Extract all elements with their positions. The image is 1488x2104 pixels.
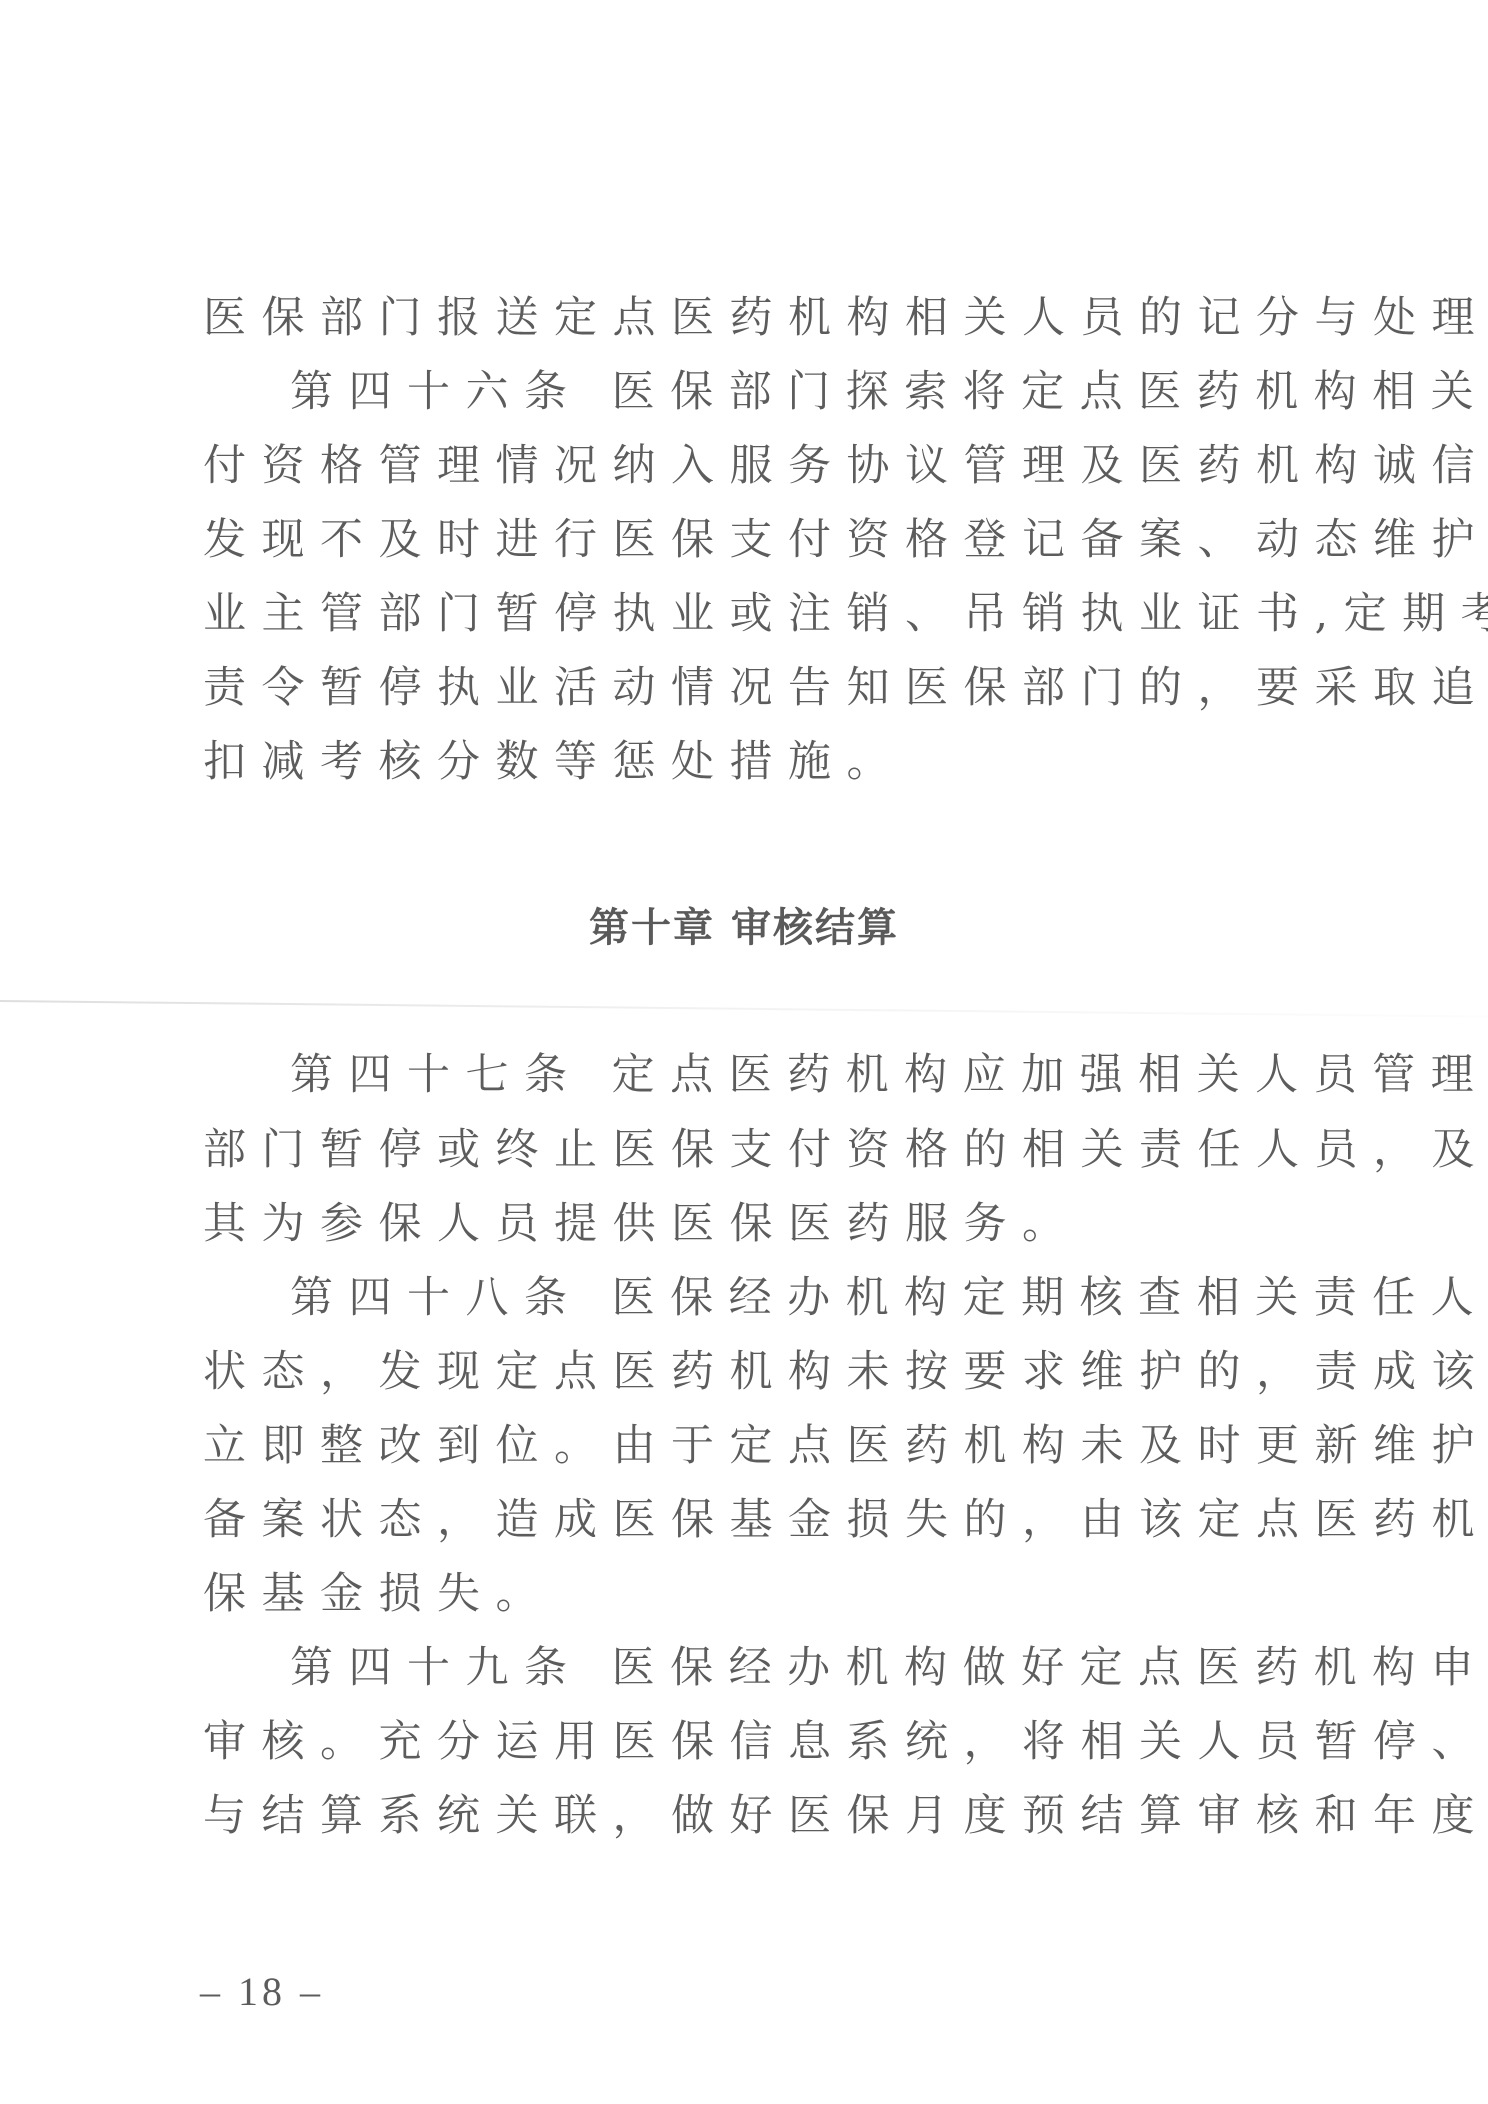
article-46-line-1: 第四十六条 医保部门探索将定点医药机构相关人员医保支 (290, 367, 1307, 417)
article-46-line-4: 业主管部门暂停执业或注销、吊销执业证书,定期考核不合格、 (203, 589, 1307, 639)
article-46-line-5: 责令暂停执业活动情况告知医保部门的，要采取追回违规费用、 (203, 663, 1307, 713)
document-page: 医保部门报送定点医药机构相关人员的记分与处理情况。 第四十六条 医保部门探索将定… (0, 0, 1488, 2104)
article-47-line-3: 其为参保人员提供医保医药服务。 (203, 1199, 1307, 1249)
article-46-line-6: 扣减考核分数等惩处措施。 (203, 737, 1307, 787)
article-46-line-3: 发现不及时进行医保支付资格登记备案、动态维护，不及时将行 (203, 515, 1307, 565)
article-47-line-2: 部门暂停或终止医保支付资格的相关责任人员，及时暂停或中止 (203, 1125, 1307, 1175)
scan-crease-artifact (0, 1000, 1488, 1018)
article-48-line-5: 保基金损失。 (203, 1569, 1307, 1619)
article-49-line-2: 审核。充分运用医保信息系统，将相关人员暂停、终止资格状态 (203, 1717, 1307, 1767)
article-48-line-4: 备案状态，造成医保基金损失的，由该定点医药机构承担相应医 (203, 1495, 1307, 1545)
article-49-line-1: 第四十九条 医保经办机构做好定点医药机构申报费用两级 (290, 1643, 1307, 1693)
page-number: – 18 – (200, 1968, 324, 2015)
chapter-heading: 第十章 审核结算 (0, 903, 1488, 953)
article-46-line-2: 付资格管理情况纳入服务协议管理及医药机构诚信管理体系，对 (203, 441, 1307, 491)
article-48-line-3: 立即整改到位。由于定点医药机构未及时更新维护相关人员登记 (203, 1421, 1307, 1471)
article-48-line-1: 第四十八条 医保经办机构定期核查相关责任人员登记备案 (290, 1273, 1307, 1323)
article-49-line-3: 与结算系统关联，做好医保月度预结算审核和年度清算审核。 (203, 1791, 1307, 1841)
article-47-line-1: 第四十七条 定点医药机构应加强相关人员管理，对被医保 (290, 1050, 1307, 1100)
paragraph-line: 医保部门报送定点医药机构相关人员的记分与处理情况。 (203, 293, 1307, 343)
article-48-line-2: 状态，发现定点医药机构未按要求维护的，责成该定点医药机构 (203, 1347, 1307, 1397)
